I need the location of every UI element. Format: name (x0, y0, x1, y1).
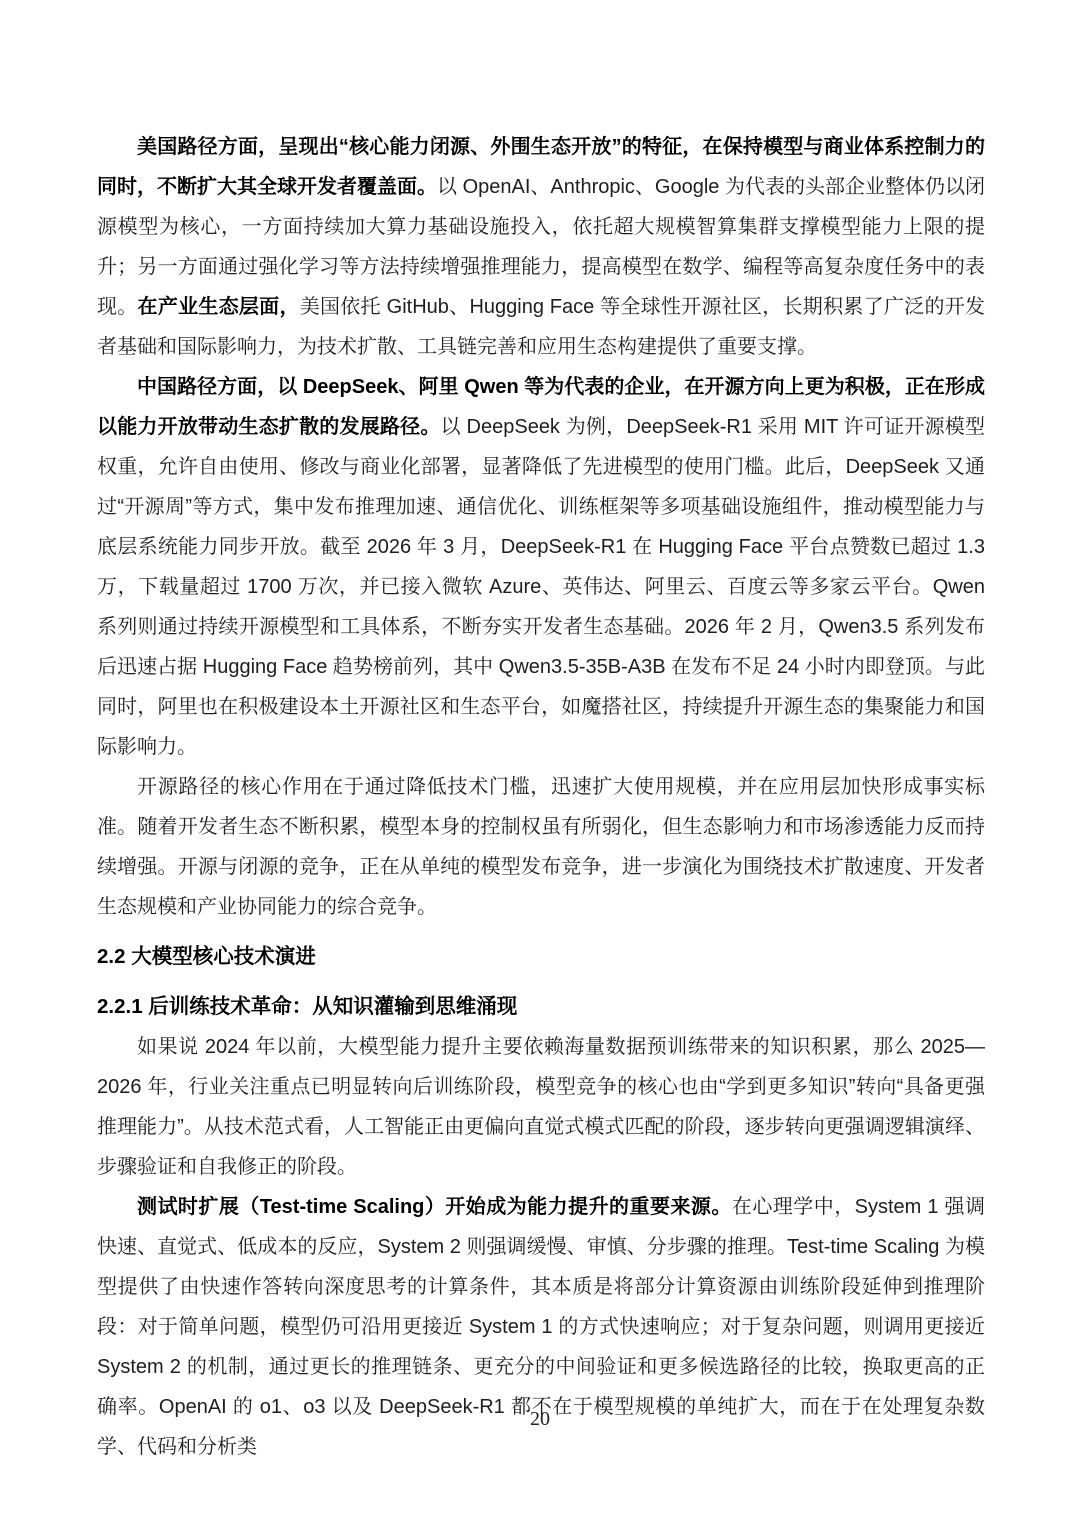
document-page-content: 美国路径方面，呈现出“核心能力闭源、外围生态开放”的特征，在保持模型与商业体系控… (97, 127, 985, 1467)
text-run: 如果说 2024 年以前，大模型能力提升主要依赖海量数据预训练带来的知识积累，那… (97, 1036, 985, 1178)
text-run: 开源路径的核心作用在于通过降低技术门槛，迅速扩大使用规模，并在应用层加快形成事实… (97, 776, 985, 918)
paragraph-post-training-shift: 如果说 2024 年以前，大模型能力提升主要依赖海量数据预训练带来的知识积累，那… (97, 1027, 985, 1187)
page-number: 20 (0, 1408, 1080, 1431)
text-run: 以 DeepSeek 为例，DeepSeek-R1 采用 MIT 许可证开源模型… (97, 416, 985, 758)
paragraph-us-path: 美国路径方面，呈现出“核心能力闭源、外围生态开放”的特征，在保持模型与商业体系控… (97, 127, 985, 367)
heading-section-2-2: 2.2 大模型核心技术演进 (97, 937, 985, 977)
paragraph-china-path: 中国路径方面，以 DeepSeek、阿里 Qwen 等为代表的企业，在开源方向上… (97, 367, 985, 767)
text-run-bold: 在产业生态层面， (138, 296, 300, 318)
heading-section-2-2-1: 2.2.1 后训练技术革命：从知识灌输到思维涌现 (97, 987, 985, 1027)
text-run-bold: 测试时扩展（Test-time Scaling）开始成为能力提升的重要来源。 (137, 1196, 732, 1218)
paragraph-open-source-competition: 开源路径的核心作用在于通过降低技术门槛，迅速扩大使用规模，并在应用层加快形成事实… (97, 767, 985, 927)
